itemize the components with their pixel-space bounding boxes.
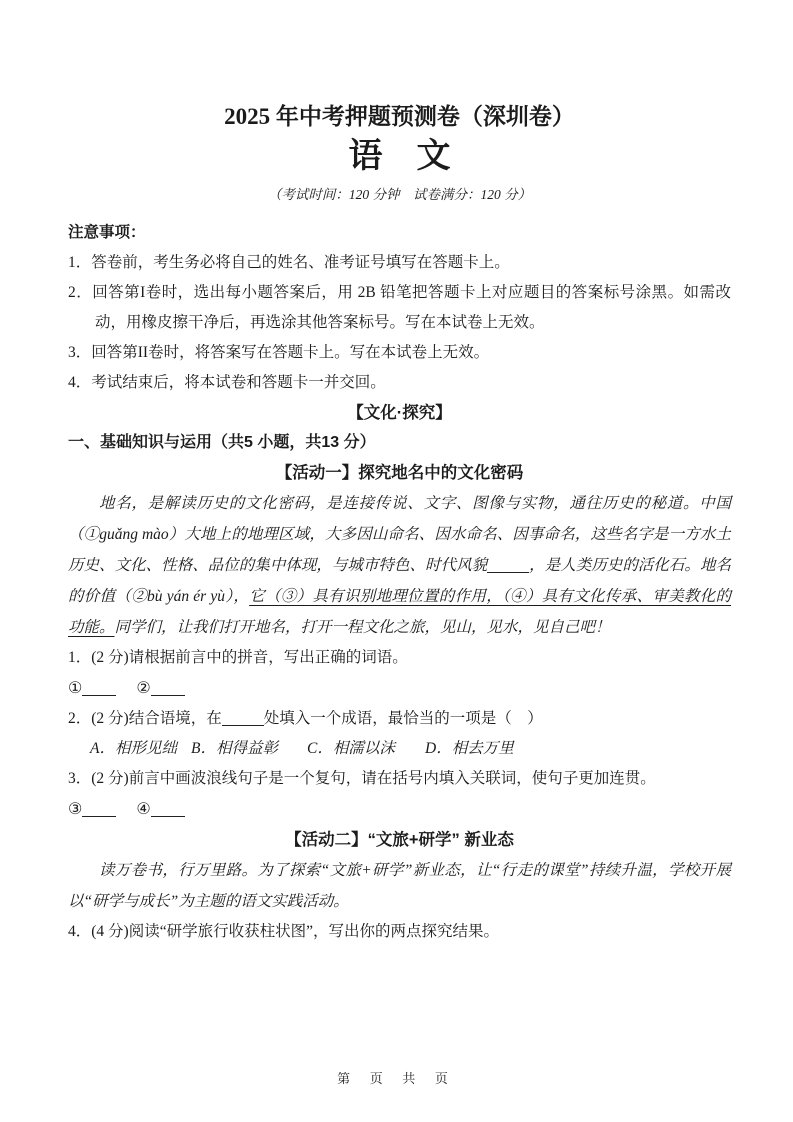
- answer-blank-line-3: [82, 802, 116, 817]
- activity1-heading: 【活动一】探究地名中的文化密码: [68, 458, 731, 488]
- notice-heading: 注意事项：: [68, 218, 731, 248]
- answer-label-2: ②: [136, 680, 150, 697]
- option-a: A．相形见绌: [90, 734, 191, 764]
- activity2-paragraph: 读万卷书，行万里路。为了探索“文旅+研学”新业态，让“行走的课堂”持续升温，学校…: [68, 855, 731, 917]
- option-d: D．相去万里: [425, 734, 514, 764]
- notice-item-1: 1．答卷前，考生务必将自己的姓名、准考证号填写在答题卡上。: [68, 248, 731, 278]
- section-culture-heading: 【文化·探究】: [68, 398, 731, 428]
- idiom-blank-line: [487, 558, 529, 573]
- question-1: 1．(2 分)请根据前言中的拼音，写出正确的词语。: [68, 643, 731, 673]
- notice-section: 注意事项： 1．答卷前，考生务必将自己的姓名、准考证号填写在答题卡上。 2．回答…: [68, 218, 731, 398]
- answer-blank-line-4: [151, 802, 185, 817]
- answer-blank-line-1: [82, 681, 116, 696]
- answer-label-3: ③: [68, 801, 82, 818]
- option-c: C．相濡以沫: [307, 734, 425, 764]
- exam-paper-page: 2025 年中考押题预测卷（深圳卷） 语 文 （考试时间：120 分钟 试卷满分…: [0, 0, 793, 1122]
- notice-item-2: 2．回答第I卷时，选出每小题答案后，用 2B 铅笔把答题卡上对应题目的答案标号涂…: [68, 278, 731, 338]
- question-1-answer-blanks: ①②: [68, 673, 731, 704]
- notice-item-4: 4．考试结束后，将本试卷和答题卡一并交回。: [68, 368, 731, 398]
- preface-text-3: 同学们，让我们打开地名，打开一程文化之旅，见山，见水，见自己吧！: [115, 619, 611, 636]
- question-2: 2．(2 分)结合语境，在处填入一个成语，最恰当的一项是（ ）: [68, 704, 731, 734]
- activity1-preface: 地名，是解读历史的文化密码，是连接传说、文字、图像与实物，通往历史的秘道。中国（…: [68, 488, 731, 643]
- activity2-heading: 【活动二】“文旅+研学” 新业态: [68, 825, 731, 855]
- answer-blank-line-2: [151, 681, 185, 696]
- exam-title: 2025 年中考押题预测卷（深圳卷）: [68, 102, 731, 132]
- question-2-text-after: 处填入一个成语，最恰当的一项是（ ）: [264, 710, 543, 727]
- question-3: 3．(2 分)前言中画波浪线句子是一个复句，请在括号内填入关联词，使句子更加连贯…: [68, 764, 731, 794]
- question-2-blank-line: [222, 711, 264, 726]
- exam-duration-info: （考试时间：120 分钟 试卷满分：120 分）: [68, 184, 731, 206]
- answer-label-1: ①: [68, 680, 82, 697]
- page-footer: 第 页 共 页: [0, 1064, 793, 1094]
- question-4: 4．(4 分)阅读“研学旅行收获柱状图”，写出你的两点探究结果。: [68, 917, 731, 947]
- question-2-text-before: 2．(2 分)结合语境，在: [68, 710, 222, 727]
- option-b: B．相得益彰: [191, 734, 307, 764]
- part-one-heading: 一、基础知识与运用（共5 小题，共13 分）: [68, 428, 731, 458]
- answer-label-4: ④: [136, 801, 150, 818]
- exam-subject: 语 文: [68, 134, 731, 180]
- notice-item-3: 3．回答第II卷时，将答案写在答题卡上。写在本试卷上无效。: [68, 338, 731, 368]
- question-3-answer-blanks: ③④: [68, 794, 731, 825]
- question-2-options: A．相形见绌 B．相得益彰 C．相濡以沫 D．相去万里: [68, 734, 731, 764]
